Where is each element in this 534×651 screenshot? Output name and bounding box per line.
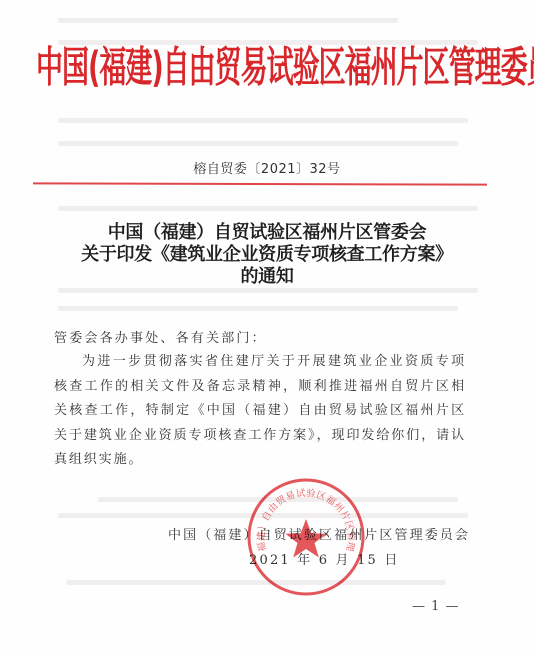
document-title: 中国（福建）自贸试验区福州片区管委会 关于印发《建筑业企业资质专项核查工作方案》… <box>0 222 534 288</box>
salutation: 管委会各办事处、各有关部门： <box>54 327 267 346</box>
bleed-through-line <box>58 206 478 211</box>
official-seal-icon: 中国（福建）自由贸易试验区福州片区管理委员会 <box>246 477 366 597</box>
document-page: 中国(福建)自由贸易试验区福州片区管理委员会文件 榕自贸委〔2021〕32号 中… <box>0 0 534 651</box>
bleed-through-line <box>58 306 458 311</box>
bleed-through-line <box>58 118 468 123</box>
red-divider-rule <box>33 182 487 185</box>
issuer-header: 中国(福建)自由贸易试验区福州片区管理委员会文件 <box>36 46 498 93</box>
bleed-through-line <box>58 18 398 23</box>
page-number: — 1 — <box>412 599 460 614</box>
title-line-2: 关于印发《建筑业企业资质专项核查工作方案》 <box>0 244 534 266</box>
title-line-1: 中国（福建）自贸试验区福州片区管委会 <box>0 222 534 244</box>
bleed-through-line <box>58 288 478 293</box>
document-number: 榕自贸委〔2021〕32号 <box>0 158 534 177</box>
title-line-3: 的通知 <box>0 266 534 288</box>
bleed-through-line <box>58 141 458 146</box>
body-paragraph: 为进一步贯彻落实省住建厅关于开展建筑业企业资质专项核查工作的相关文件及备忘录精神… <box>54 350 466 473</box>
seal-star-icon <box>286 519 327 558</box>
